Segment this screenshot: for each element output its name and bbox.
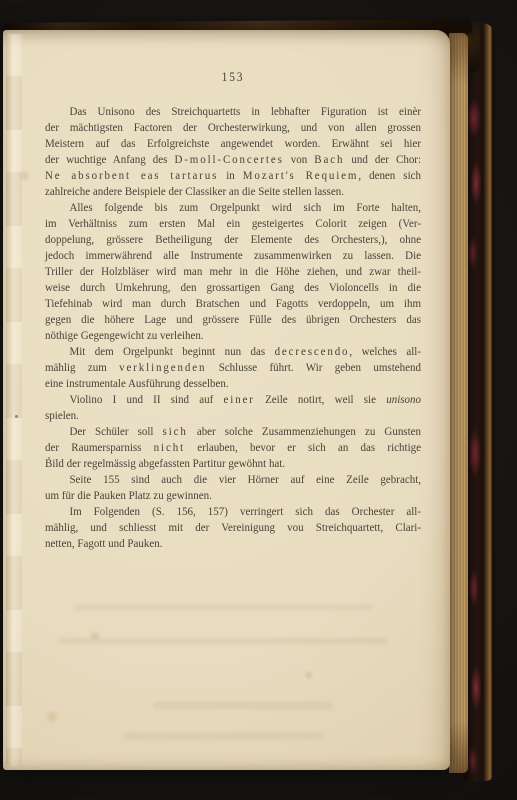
text-line: jedoch immerwährend alle Instrumente zus… [45, 248, 421, 264]
text-segment: um für die Pauken Platz zu gewinnen. [45, 489, 212, 502]
book-photo: 153 Das Unisono des Streichquartetts in … [0, 0, 517, 800]
text-segment: der mächtigsten Factoren der Orchesterwi… [45, 121, 421, 134]
text-segment: Alles folgende bis zum Orgelpunkt wird s… [69, 201, 421, 214]
paragraph: Violino I und II sind auf einer Zeile no… [45, 392, 421, 424]
foxing-spot [43, 710, 61, 724]
text-line: netten, Fagott und Pauken. [45, 536, 421, 552]
text-line: Seite 155 sind auch die vier Hörner auf … [45, 472, 421, 488]
text-segment: Bild der regelmässig abgefassten Partitu… [45, 457, 285, 470]
text-segment: nicht [154, 441, 185, 454]
page-number: 153 [45, 69, 421, 85]
text-segment: einer [224, 393, 255, 406]
text-segment: unisono [386, 393, 421, 406]
text-line: nöthige Gegengewicht zu verleihen. [45, 328, 421, 344]
foxing-spot [17, 170, 33, 182]
text-segment: Schlusse führt. Wir geben umstehend [206, 361, 421, 374]
text-line: mählig, und schliesst mit der Vereinigun… [45, 520, 421, 536]
text-segment: eine instrumentale Ausführung desselben. [45, 377, 229, 390]
text-segment: Mit dem Orgelpunkt beginnt nun das [69, 345, 274, 358]
text-line: Mit dem Orgelpunkt beginnt nun das decre… [45, 344, 421, 360]
text-block: 153 Das Unisono des Streichquartetts in … [45, 69, 421, 552]
text-line: um für die Pauken Platz zu gewinnen. [45, 488, 421, 504]
text-segment: Zeile notirt, weil sie [255, 393, 386, 406]
text-line: zahlreiche andere Beispiele der Classike… [45, 184, 421, 200]
text-line: Das Unisono des Streichquartetts in lebh… [45, 104, 421, 120]
text-segment: Triller der Holzbläser wird man mehr in … [45, 265, 421, 278]
text-line: der wuchtige Anfang des D-moll-Concertes… [45, 152, 421, 168]
text-line: Tiefehinab wird man durch Bratschen und … [45, 296, 421, 312]
text-segment: Tiefehinab wird man durch Bratschen und … [45, 297, 421, 310]
text-segment: und der Chor: [344, 153, 421, 166]
page-fore-edge [449, 33, 468, 773]
text-segment: Seite 155 sind auch die vier Hörner auf … [69, 473, 421, 486]
verso-showthrough [153, 702, 333, 709]
text-line: Alles folgende bis zum Orgelpunkt wird s… [45, 200, 421, 216]
book-cover-edge [464, 23, 495, 781]
text-line: Der Schüler soll sich aber solche Zusamm… [45, 424, 421, 440]
verso-showthrough [58, 638, 388, 644]
text-line: im Verhältniss zum ersten Mal ein gestei… [45, 216, 421, 232]
text-segment: jedoch immerwährend alle Instrumente zus… [45, 249, 421, 262]
text-segment: in [218, 169, 243, 182]
text-line: Bild der regelmässig abgefassten Partitu… [45, 456, 421, 472]
foxing-spot [303, 670, 315, 680]
text-line: der Raumersparniss nicht erlauben, bevor… [45, 440, 421, 456]
text-segment: im Verhältniss zum ersten Mal ein gestei… [45, 217, 421, 230]
text-segment: weise durch Umkehrung, den grossartigen … [45, 281, 421, 294]
paragraph: Alles folgende bis zum Orgelpunkt wird s… [45, 200, 421, 344]
paragraph: Mit dem Orgelpunkt beginnt nun das decre… [45, 344, 421, 392]
text-segment: spielen. [45, 409, 79, 422]
text-line: weise durch Umkehrung, den grossartigen … [45, 280, 421, 296]
text-segment: mählig zum [45, 361, 119, 374]
verso-showthrough [73, 605, 373, 610]
text-segment: zahlreiche andere Beispiele der Classike… [45, 185, 344, 198]
text-segment: von [284, 153, 315, 166]
text-segment: nöthige Gegengewicht zu verleihen. [45, 329, 204, 342]
foxing-spot [88, 630, 102, 642]
verso-showthrough [123, 733, 323, 739]
text-segment: netten, Fagott und Pauken. [45, 537, 162, 550]
text-line: mählig zum verklingenden Schlusse führt.… [45, 360, 421, 376]
text-segment: D-moll-Concertes [174, 153, 283, 166]
text-segment: Ne absorbent eas tartarus [45, 169, 218, 182]
text-segment: , denen sich [358, 169, 421, 182]
text-segment: erlauben, bevor er sich an das richtige [185, 441, 421, 454]
text-segment: der Raumersparniss [45, 441, 154, 454]
text-line: Violino I und II sind auf einer Zeile no… [45, 392, 421, 408]
text-line: Im Folgenden (S. 156, 157) verringert si… [45, 504, 421, 520]
paragraph: Im Folgenden (S. 156, 157) verringert si… [45, 504, 421, 552]
text-line: eine instrumentale Ausführung desselben. [45, 376, 421, 392]
book-page: 153 Das Unisono des Streichquartetts in … [3, 30, 450, 770]
text-line: Triller der Holzbläser wird man mehr in … [45, 264, 421, 280]
text-segment: doppelung, grössere Betheiligung der Ele… [45, 233, 421, 246]
text-line: der mächtigsten Factoren der Orchesterwi… [45, 120, 421, 136]
text-segment: , welches all- [349, 345, 421, 358]
text-segment: Der Schüler soll [69, 425, 162, 438]
text-segment: Bach [314, 153, 344, 166]
paragraph: Seite 155 sind auch die vier Hörner auf … [45, 472, 421, 504]
text-segment: Das Unisono des Streichquartetts in lebh… [69, 105, 421, 118]
text-segment: Im Folgenden (S. 156, 157) verringert si… [69, 505, 421, 518]
text-line: spielen. [45, 408, 421, 424]
text-line: doppelung, grössere Betheiligung der Ele… [45, 232, 421, 248]
text-segment: Meistern auf das Erfolgreichste angewend… [45, 137, 421, 150]
text-segment: mählig, und schliesst mit der Vereinigun… [45, 521, 421, 534]
text-segment: verklingenden [119, 361, 206, 374]
text-segment: decrescendo [275, 345, 350, 358]
paragraph: Der Schüler soll sich aber solche Zusamm… [45, 424, 421, 472]
text-segment: sich [163, 425, 188, 438]
text-segment: Violino I und II sind auf [69, 393, 223, 406]
ink-speck [15, 415, 18, 418]
text-line: Ne absorbent eas tartarus in Mozart's Re… [45, 168, 421, 184]
text-segment: Mozart's Requiem [243, 169, 359, 182]
paragraph: Das Unisono des Streichquartetts in lebh… [45, 104, 421, 200]
text-line: gegen die höhere Lage und grössere Fülle… [45, 312, 421, 328]
text-segment: der wuchtige Anfang des [45, 153, 174, 166]
text-segment: aber solche Zusammenziehungen zu Gunsten [188, 425, 421, 438]
page-left-crease [6, 34, 22, 766]
text-segment: gegen die höhere Lage und grössere Fülle… [45, 313, 421, 326]
text-line: Meistern auf das Erfolgreichste angewend… [45, 136, 421, 152]
